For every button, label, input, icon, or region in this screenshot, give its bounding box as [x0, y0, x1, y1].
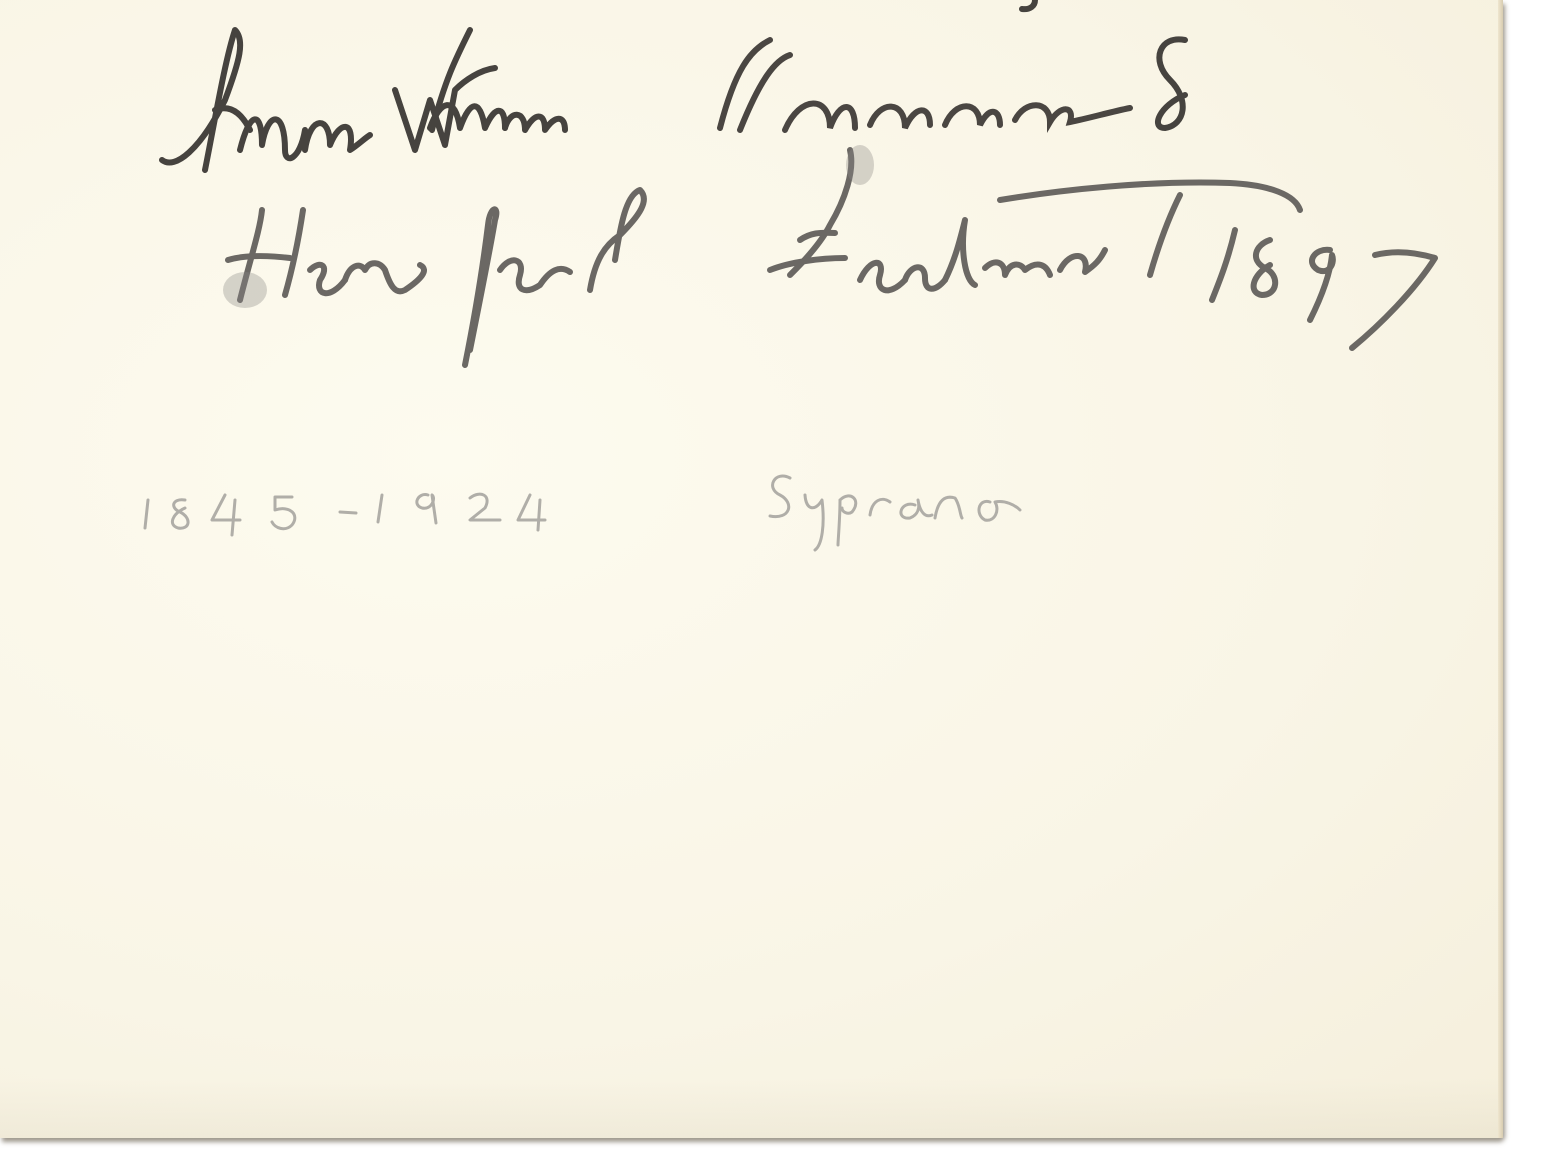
handwriting-strokes: [0, 0, 1551, 1176]
signature-name: Anna W Marcos: [160, 30, 1045, 158]
lifespan-voice-note: 1845-1924 Soprano: [140, 470, 640, 528]
event-line: Hereford Festival 1897: [220, 180, 1395, 297]
